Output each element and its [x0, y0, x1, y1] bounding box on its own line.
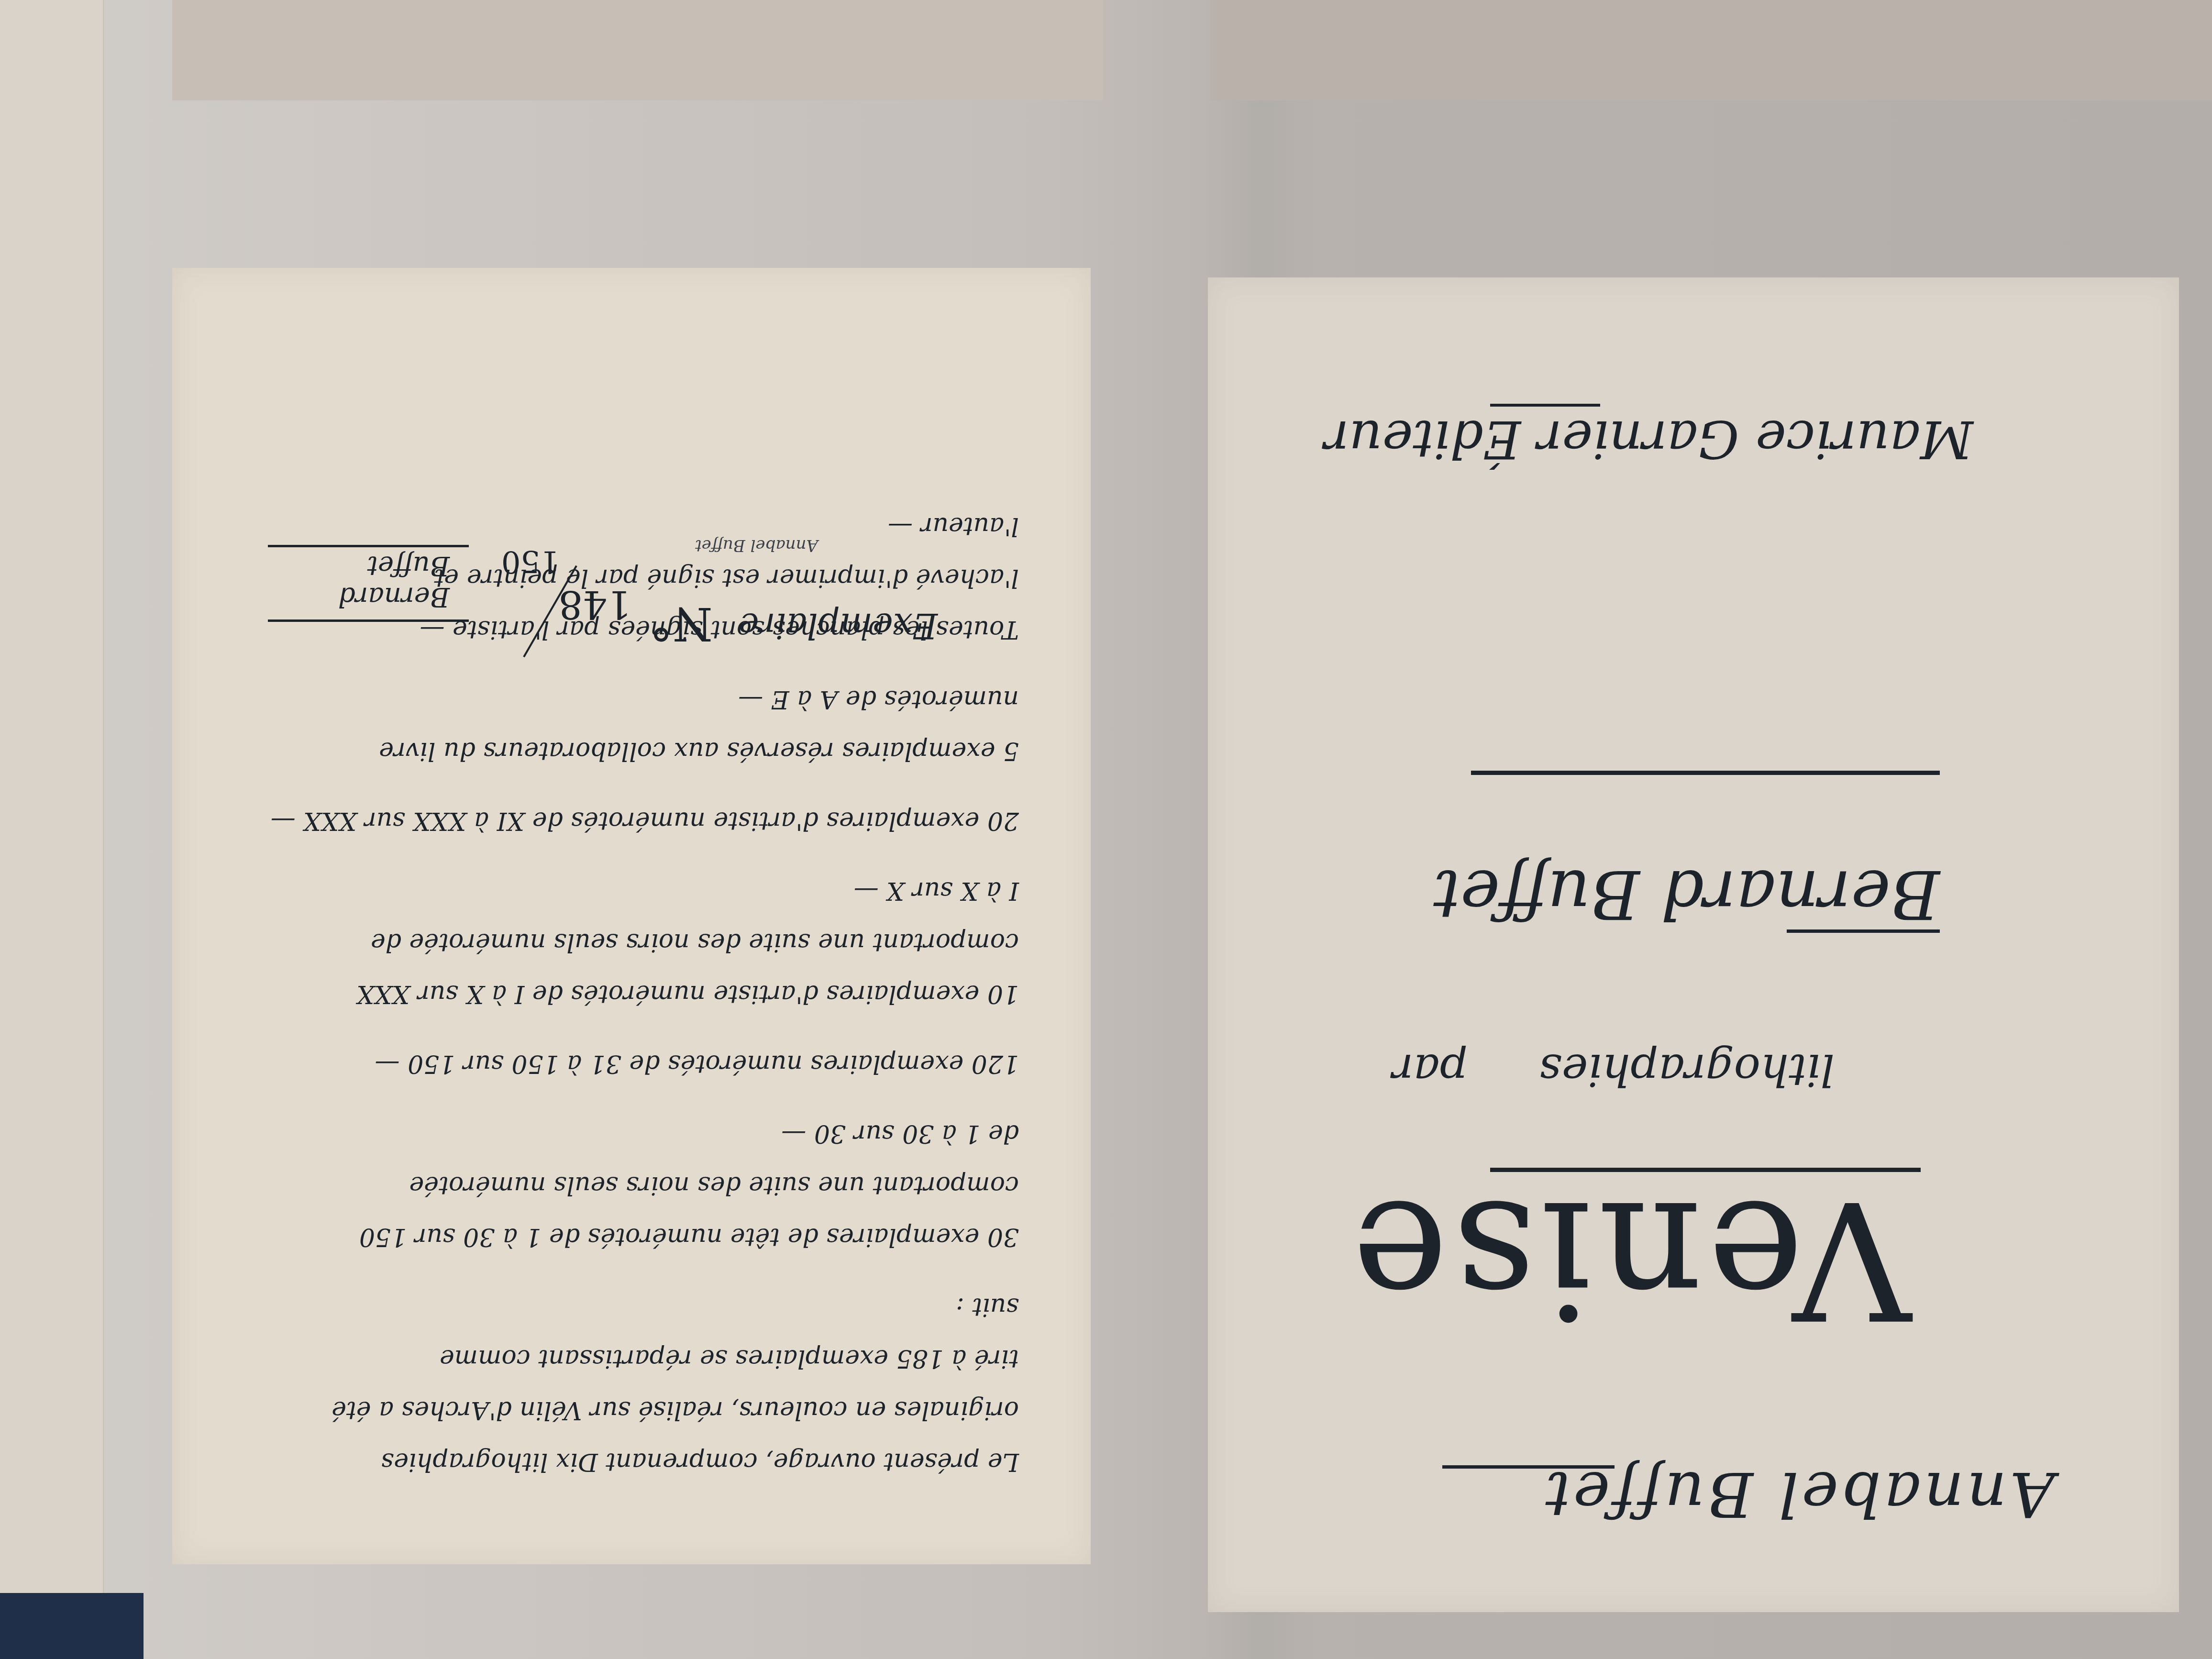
numero-label: N° — [650, 597, 713, 651]
copy-number: 148 — [558, 582, 631, 627]
subtitle-lithographies: lithographies — [1539, 1044, 1835, 1095]
title-rotated-frame: Annabel Buffet Venise lithographies par … — [1208, 277, 2179, 1612]
copy-total: 150 — [501, 543, 560, 579]
publisher-name: Maurice Garnier Éditeur — [1324, 409, 1973, 469]
artiste-line: comportant une suite des noirs seuls num… — [254, 917, 1019, 968]
title-block: Annabel Buffet Venise lithographies par … — [1208, 277, 2179, 1612]
copy-number-block: Exemplaire N° 148 150 Annabel Buffet Ber… — [268, 330, 938, 665]
publisher-underline — [1490, 404, 1600, 407]
author-signature: Annabel Buffet — [695, 536, 818, 555]
flyleaf-edge — [0, 0, 104, 1598]
title-page: Annabel Buffet Venise lithographies par … — [1208, 277, 2179, 1612]
numerotes-paragraph: 120 exemplaires numérotés de 31 à 150 su… — [254, 1038, 1019, 1090]
facing-page-panel-right — [1210, 0, 2212, 100]
artiste-1-paragraph: 10 exemplaires d'artiste numérotés de I … — [254, 865, 1019, 1020]
subtitle: lithographies par — [1393, 1044, 1835, 1095]
author-underline — [1442, 1465, 1615, 1469]
intro-line: Le présent ouvrage, comprenant Dix litho… — [254, 1436, 1019, 1488]
artist-signature: Bernard Buffet — [268, 545, 469, 612]
subtitle-par: par — [1393, 1044, 1468, 1095]
book-title: Venise — [1347, 1164, 1911, 1354]
blue-cover-backdrop — [0, 1593, 144, 1659]
numerotes-line: 120 exemplaires numérotés de 31 à 150 su… — [254, 1038, 1019, 1090]
exemplaire-label: Exemplaire — [739, 606, 938, 646]
tete-paragraph: 30 exemplaires de tête numérotés de 1 à … — [254, 1108, 1019, 1263]
artiste-2-paragraph: 20 exemplaires d'artiste numérotés de XI… — [254, 795, 1019, 847]
intro-line: originales en couleurs, réalisé sur Véli… — [254, 1384, 1019, 1436]
collaborateurs-line: numérotés de A à E — — [254, 674, 1019, 725]
colophon-rotated-frame: Le présent ouvrage, comprenant Dix litho… — [172, 268, 1091, 1564]
colophon-page: Le présent ouvrage, comprenant Dix litho… — [172, 268, 1091, 1564]
tete-line: de 1 à 30 sur 30 — — [254, 1108, 1019, 1160]
collaborateurs-line: 5 exemplaires réservés aux collaborateur… — [254, 725, 1019, 777]
author-name: Annabel Buffet — [1542, 1458, 2055, 1531]
tete-line: 30 exemplaires de tête numérotés de 1 à … — [254, 1211, 1019, 1263]
artiste-line: 20 exemplaires d'artiste numérotés de XI… — [254, 795, 1019, 847]
artiste-line: 10 exemplaires d'artiste numérotés de I … — [254, 968, 1019, 1020]
artist-name: Bernard Buffet — [1433, 855, 1940, 933]
facing-page-panel-left — [172, 0, 1103, 100]
collaborateurs-paragraph: 5 exemplaires réservés aux collaborateur… — [254, 674, 1019, 777]
intro-line: tiré à 185 exemplaires se répartissant c… — [254, 1333, 1019, 1384]
intro-line: suit : — [254, 1281, 1019, 1333]
title-underline — [1490, 1168, 1921, 1172]
artiste-line: I à X sur X — — [254, 865, 1019, 917]
artist-signature-rule — [1471, 771, 1940, 775]
intro-paragraph: Le présent ouvrage, comprenant Dix litho… — [254, 1281, 1019, 1488]
tete-line: comportant une suite des noirs seuls num… — [254, 1160, 1019, 1211]
